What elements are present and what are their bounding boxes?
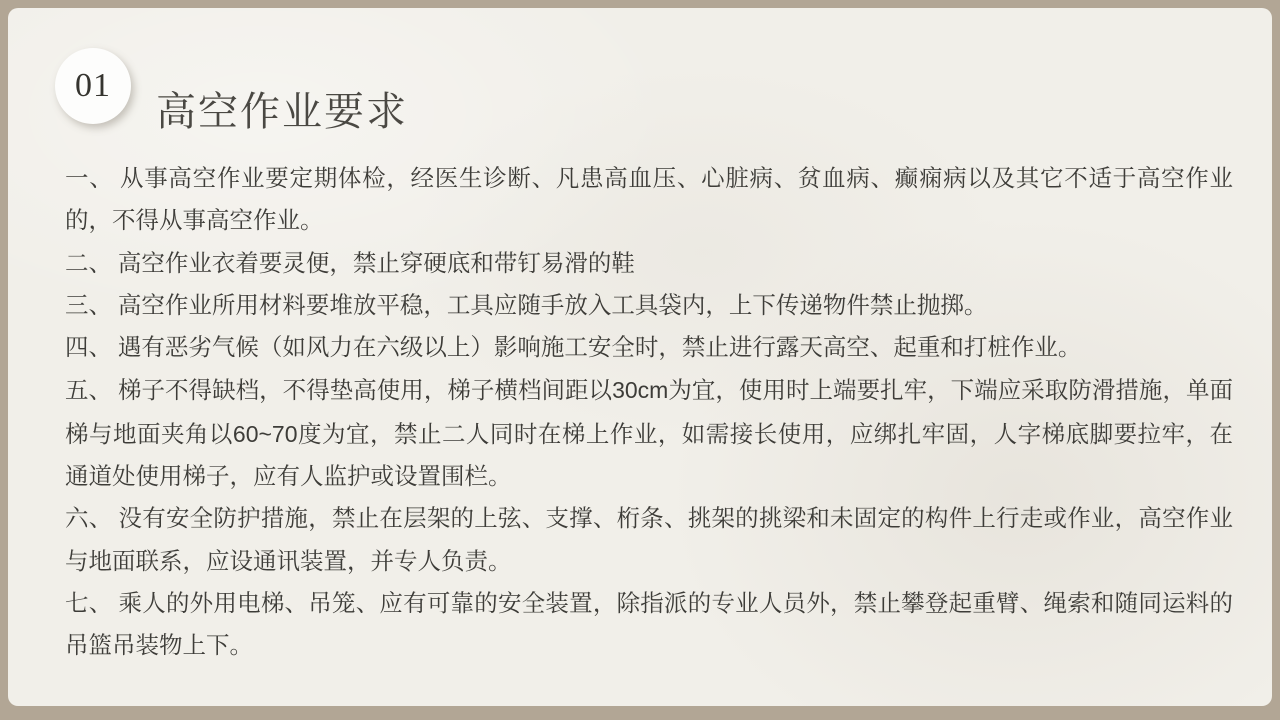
body-paragraph: 三、 高空作业所用材料要堆放平稳，工具应随手放入工具袋内，上下传递物件禁止抛掷。 <box>65 285 1233 327</box>
slide-title: 高空作业要求 <box>156 80 408 137</box>
latin-number-text: 60~70 <box>233 421 298 447</box>
latin-number-text: 30cm <box>612 377 668 403</box>
body-paragraph: 二、 高空作业衣着要灵便，禁止穿硬底和带钉易滑的鞋 <box>65 243 1233 285</box>
slide-content-card: 01 高空作业要求 一、 从事高空作业要定期体检，经医生诊断、凡患高血压、心脏病… <box>8 8 1272 706</box>
body-paragraph: 六、 没有安全防护措施，禁止在层架的上弦、支撑、桁条、挑架的挑梁和未固定的构件上… <box>65 498 1233 583</box>
body-paragraph: 七、 乘人的外用电梯、吊笼、应有可靠的安全装置，除指派的专业人员外，禁止攀登起重… <box>65 583 1233 668</box>
body-paragraph: 五、 梯子不得缺档，不得垫高使用，梯子横档间距以30cm为宜，使用时上端要扎牢，… <box>65 369 1233 498</box>
section-number-label: 01 <box>75 67 111 105</box>
body-paragraph: 四、 遇有恶劣气候（如风力在六级以上）影响施工安全时，禁止进行露天高空、起重和打… <box>65 327 1233 369</box>
slide-body-text: 一、 从事高空作业要定期体检，经医生诊断、凡患高血压、心脏病、贫血病、癫痫病以及… <box>65 158 1233 668</box>
section-number-badge: 01 <box>55 48 131 124</box>
body-paragraph: 一、 从事高空作业要定期体检，经医生诊断、凡患高血压、心脏病、贫血病、癫痫病以及… <box>65 158 1233 243</box>
